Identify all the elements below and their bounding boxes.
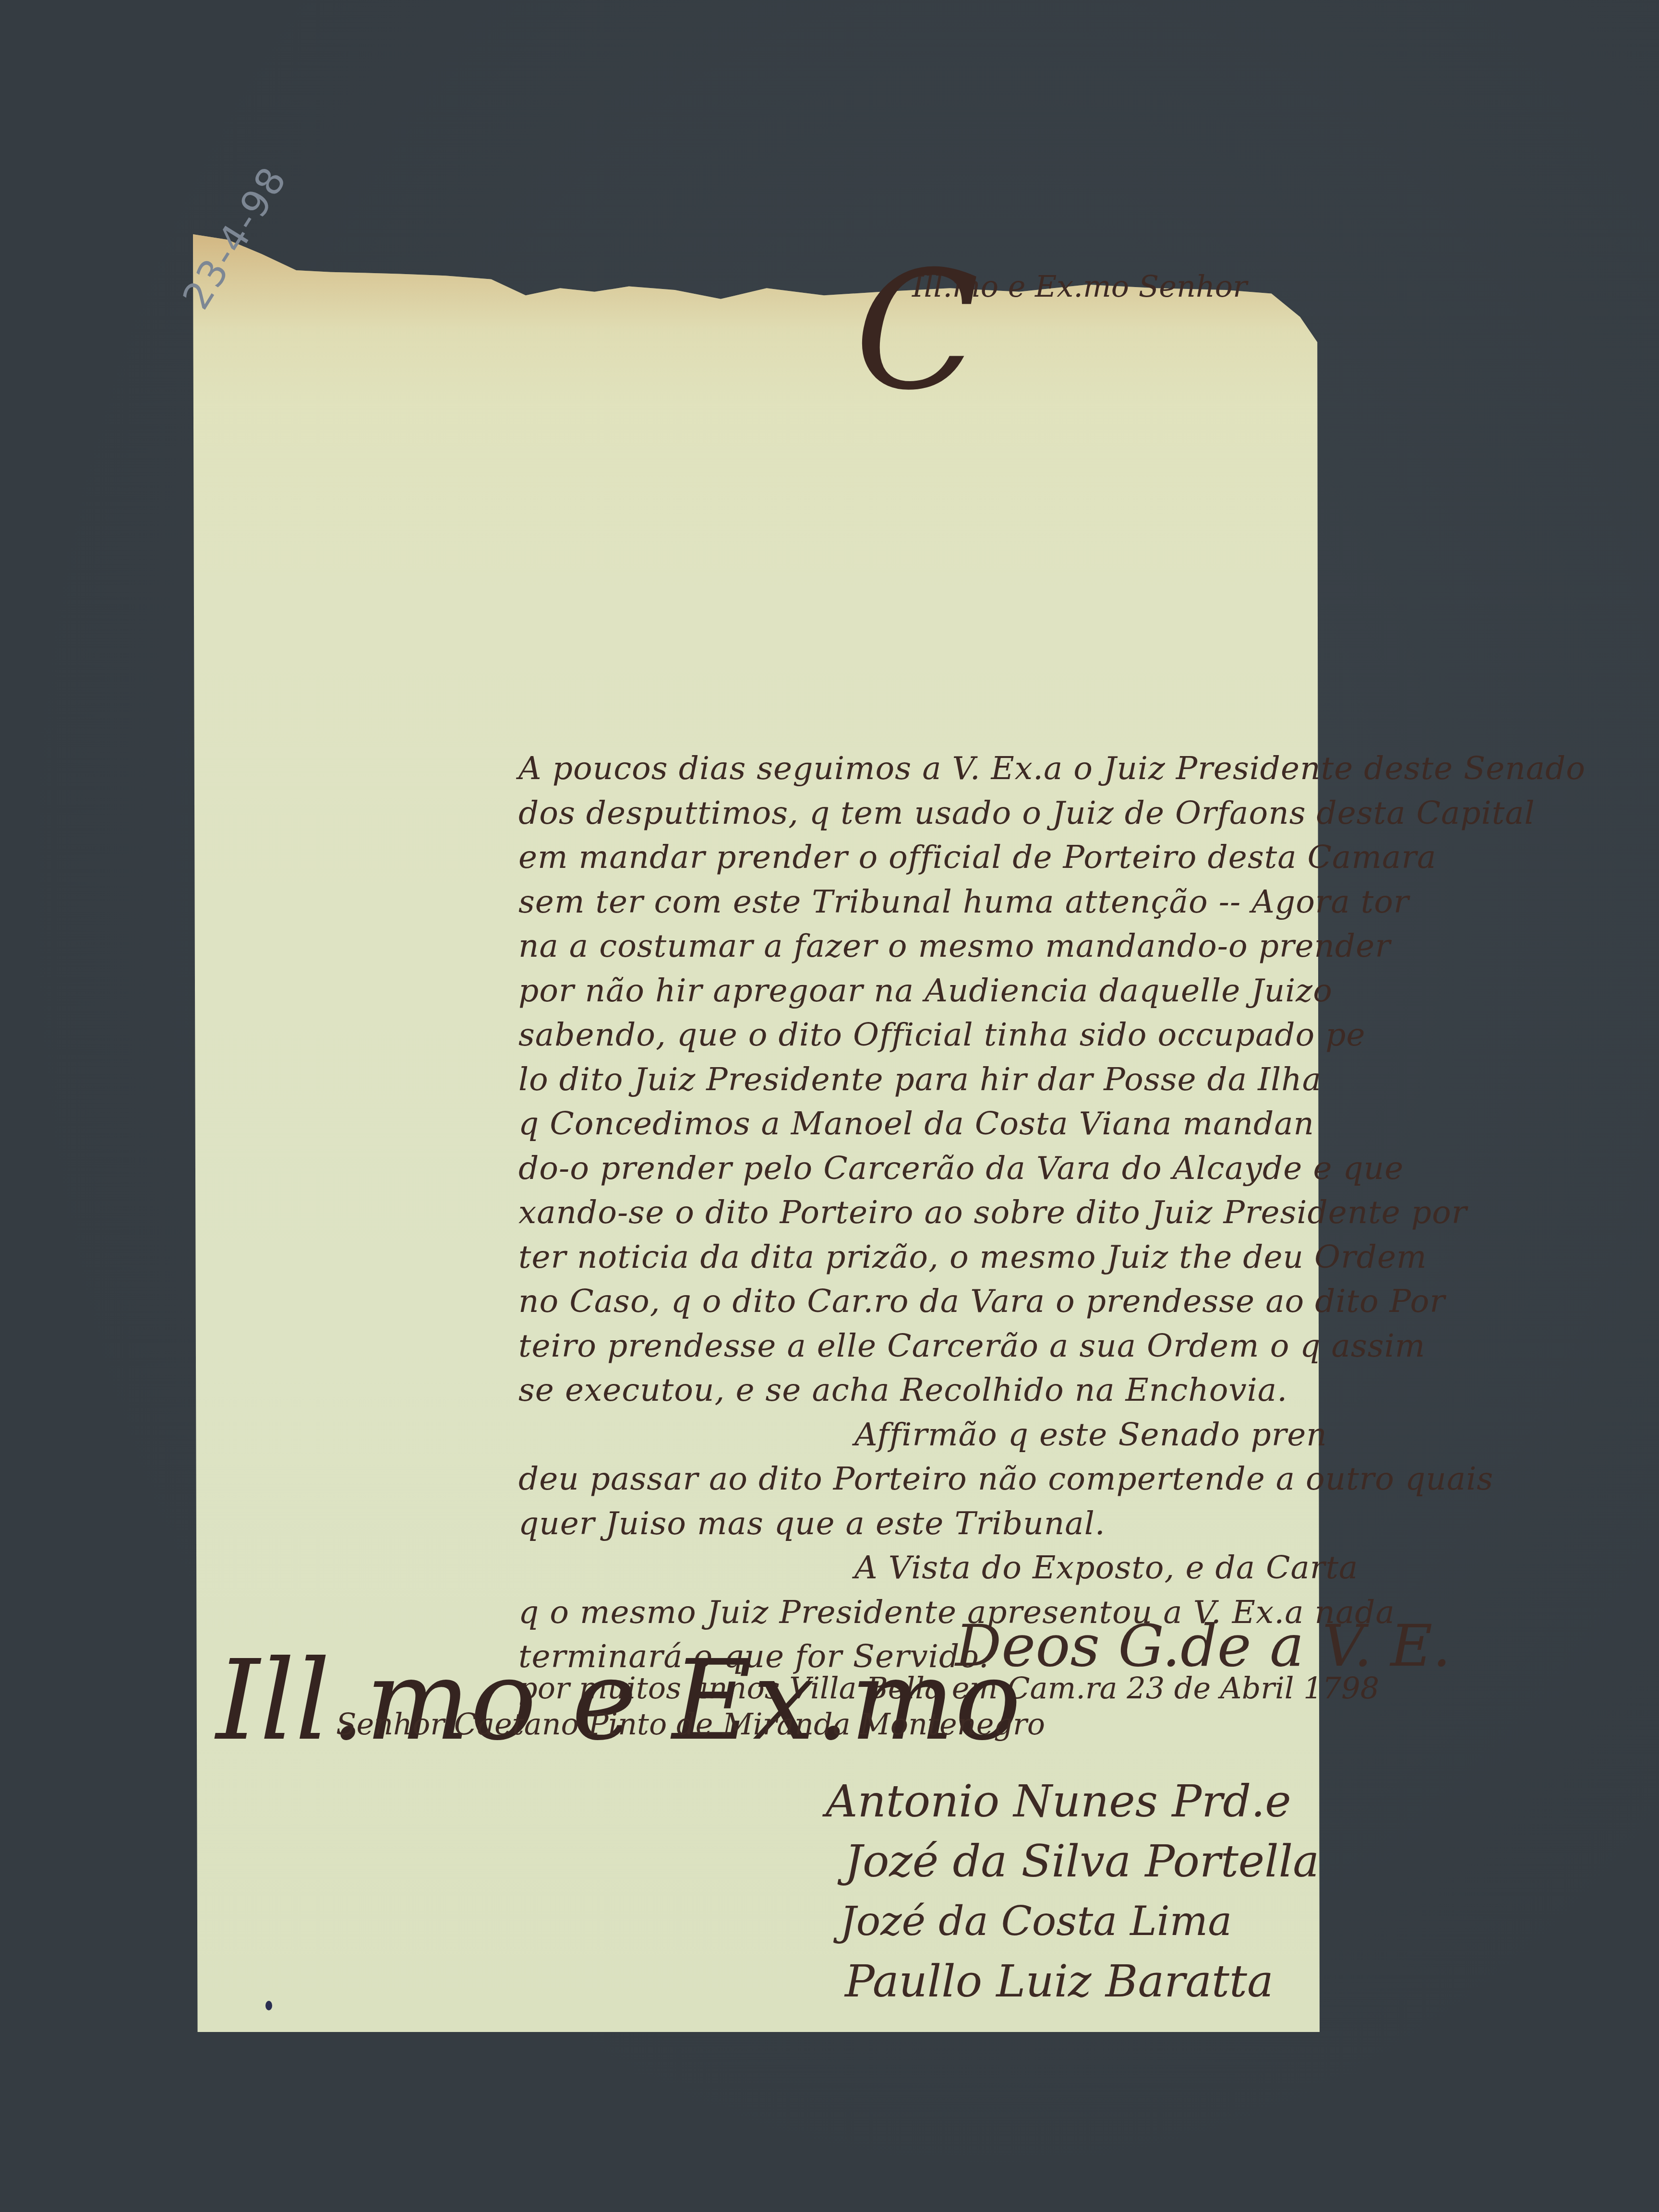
signature: Paullo Luiz Baratta — [826, 1951, 1319, 2011]
signature: Jozé da Costa Lima — [826, 1891, 1319, 1951]
paragraph-line: A Vista do Exposto, e da Carta — [518, 1546, 1334, 1590]
paragraph-line: quer Juiso mas que a este Tribunal. — [518, 1502, 1334, 1546]
addressee-honorific: Ill.mo e Ex.mo — [216, 1637, 1021, 1765]
body-line: do-o prender pelo Carcerão da Vara do Al… — [518, 1146, 1334, 1191]
body-line: teiro prendesse a elle Carcerão a sua Or… — [518, 1324, 1334, 1369]
signature: Antonio Nunes Prd.e — [826, 1771, 1319, 1831]
body-line: xando-se o dito Porteiro ao sobre dito J… — [518, 1190, 1334, 1235]
body-line: lo dito Juiz Presidente para hir dar Pos… — [518, 1058, 1334, 1102]
paragraph-line: deu passar ao dito Porteiro não comperte… — [518, 1457, 1334, 1502]
ink-dot — [265, 2001, 272, 2010]
body-line: se executou, e se acha Recolhido na Ench… — [518, 1368, 1334, 1413]
body-line: sabendo, que o dito Official tinha sido … — [518, 1013, 1334, 1058]
body-line: em mandar prender o official de Porteiro… — [518, 835, 1334, 880]
body-line: q Concedimos a Manoel da Costa Viana man… — [518, 1102, 1334, 1146]
addressee-name: Senhor Caetano Pinto de Miranda Monteneg… — [336, 1707, 1045, 1742]
signature: Jozé da Silva Portella — [826, 1831, 1319, 1891]
body-line: ter noticia da dita prizão, o mesmo Juiz… — [518, 1235, 1334, 1280]
signature-block: Antonio Nunes Prd.e Jozé da Silva Portel… — [826, 1771, 1319, 2011]
letter-body: A poucos dias seguimos a V. Ex.a o Juiz … — [518, 746, 1334, 1679]
body-line: sem ter com este Tribunal huma attenção … — [518, 880, 1334, 925]
body-line: dos desputtimos, q tem usado o Juiz de O… — [518, 791, 1334, 836]
body-line: por não hir apregoar na Audiencia daquel… — [518, 969, 1334, 1013]
closing-formula: Deos G.de a V. E. — [955, 1613, 1451, 1680]
salutation-flourish: C — [854, 250, 979, 413]
paragraph-line: Affirmão q este Senado pren — [518, 1413, 1334, 1457]
body-line: na a costumar a fazer o mesmo mandando-o… — [518, 924, 1334, 969]
salutation: C Ill.mo e Ex.mo Senhor — [912, 269, 1247, 304]
body-line: A poucos dias seguimos a V. Ex.a o Juiz … — [518, 746, 1334, 791]
body-line: no Caso, q o dito Car.ro da Vara o prend… — [518, 1279, 1334, 1324]
